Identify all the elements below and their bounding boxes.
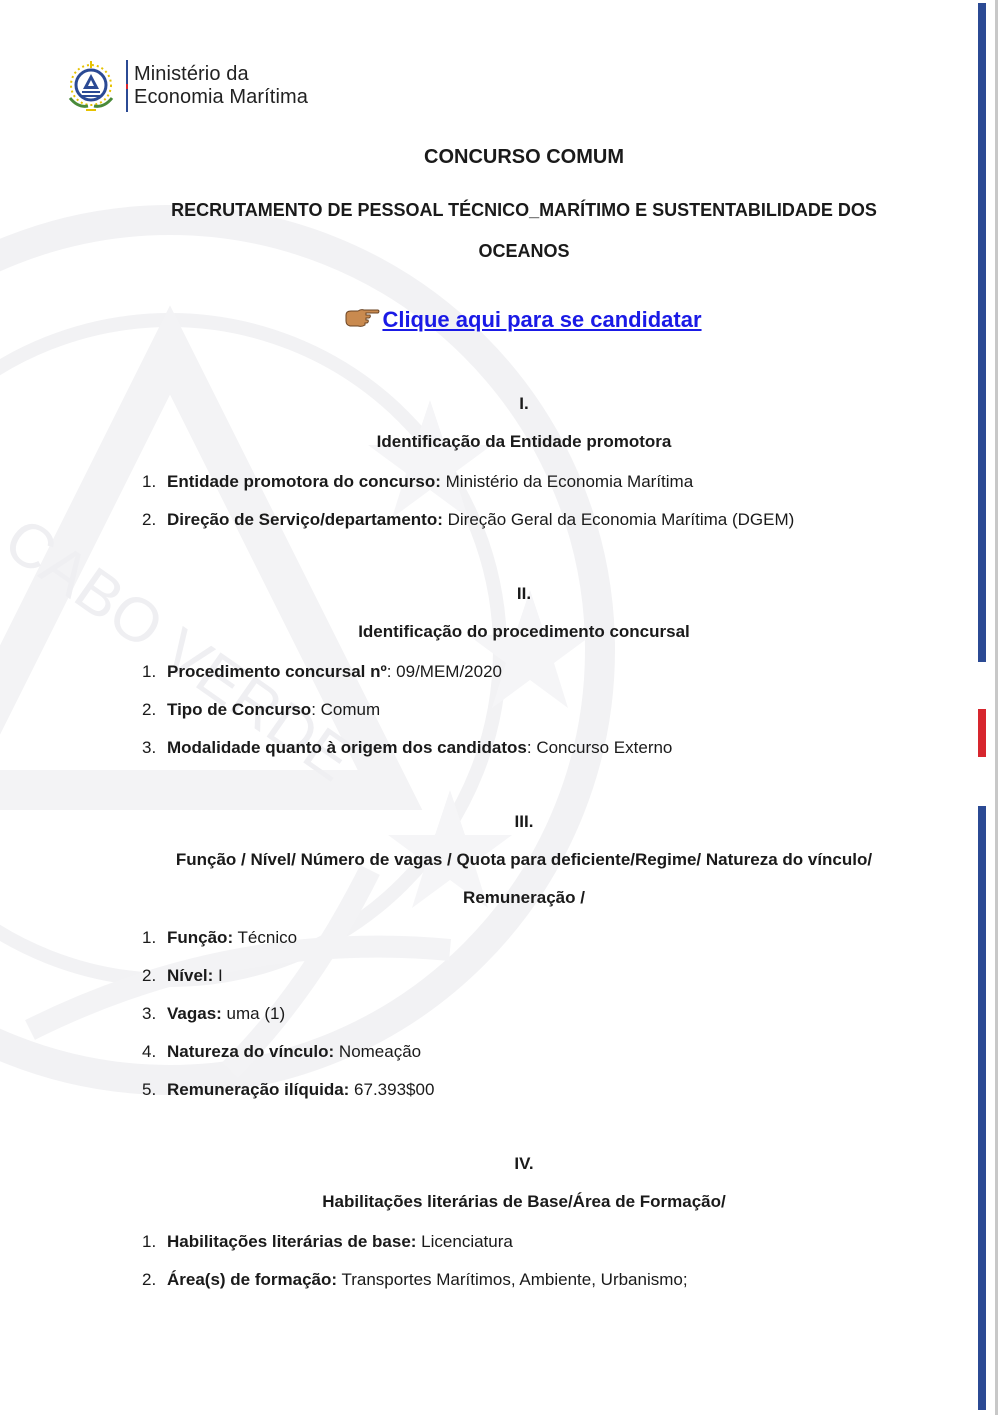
section-2-number: II. [150, 584, 898, 604]
apply-link[interactable]: Clique aqui para se candidatar [382, 307, 701, 332]
cabo-verde-coat-of-arms-icon [64, 58, 118, 114]
ministry-name: Ministério da Economia Marítima [134, 63, 308, 109]
document-subtitle: RECRUTAMENTO DE PESSOAL TÉCNICO_MARÍTIMO… [150, 190, 898, 272]
apply-link-row: Clique aqui para se candidatar [0, 307, 1000, 333]
section-3-number: III. [150, 812, 898, 832]
section-2-list: 1.Procedimento concursal nº: 09/MEM/2020… [142, 660, 672, 774]
list-item: 2.Nível: I [142, 964, 434, 1002]
section-4-number: IV. [150, 1154, 898, 1174]
list-item: 3.Vagas: uma (1) [142, 1002, 434, 1040]
list-item: 5.Remuneração ilíquida: 67.393$00 [142, 1078, 434, 1116]
ministry-name-line1: Ministério da [134, 63, 308, 86]
section-1-list: 1.Entidade promotora do concurso: Minist… [142, 470, 794, 546]
ministry-logo: Ministério da Economia Marítima [64, 58, 308, 114]
page-edge [995, 0, 998, 1415]
list-item: 1.Procedimento concursal nº: 09/MEM/2020 [142, 660, 672, 698]
pointing-hand-icon [344, 307, 380, 329]
section-3-title: Função / Nível/ Número de vagas / Quota … [170, 841, 878, 917]
list-item: 1.Habilitações literárias de base: Licen… [142, 1230, 688, 1268]
list-item: 4.Natureza do vínculo: Nomeação [142, 1040, 434, 1078]
logo-divider [126, 60, 128, 112]
ministry-name-line2: Economia Marítima [134, 86, 308, 109]
flag-stripe-red [978, 709, 986, 757]
section-4-list: 1.Habilitações literárias de base: Licen… [142, 1230, 688, 1306]
list-item: 2.Tipo de Concurso: Comum [142, 698, 672, 736]
list-item: 1.Entidade promotora do concurso: Minist… [142, 470, 794, 508]
document-title: CONCURSO COMUM [150, 146, 898, 169]
list-item: 3.Modalidade quanto à origem dos candida… [142, 736, 672, 774]
list-item: 1.Função: Técnico [142, 926, 434, 964]
section-4-title: Habilitações literárias de Base/Área de … [150, 1183, 898, 1221]
section-1-number: I. [150, 394, 898, 414]
flag-stripe-blue-bottom [978, 806, 986, 1410]
section-1-title: Identificação da Entidade promotora [150, 423, 898, 461]
list-item: 2.Área(s) de formação: Transportes Marít… [142, 1268, 688, 1306]
list-item: 2.Direção de Serviço/departamento: Direç… [142, 508, 794, 546]
section-3-list: 1.Função: Técnico 2.Nível: I 3.Vagas: um… [142, 926, 434, 1116]
section-2-title: Identificação do procedimento concursal [150, 613, 898, 651]
